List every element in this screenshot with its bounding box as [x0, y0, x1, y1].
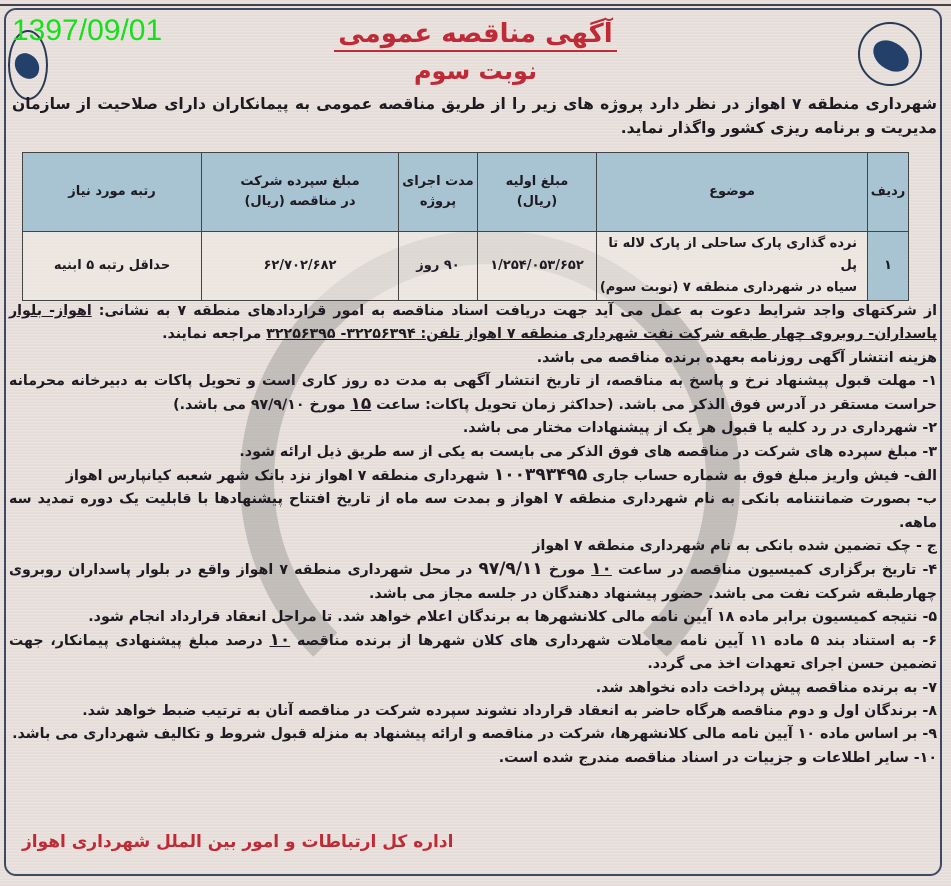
item-10: ۱۰- سایر اطلاعات و جزییات در اسناد مناقص… — [9, 747, 937, 770]
commission-hour: ۱۰ — [591, 559, 612, 579]
cell-grade: حداقل رتبه ۵ ابنیه — [23, 232, 202, 301]
ad-subtitle: نوبت سوم — [0, 56, 951, 86]
commission-date: ۹۷/۹/۱۱ — [478, 559, 542, 579]
issuer-signature: اداره کل ارتباطات و امور بین الملل شهردا… — [22, 832, 453, 852]
header-line: پروژه — [400, 192, 476, 212]
text: شهرداری منطقه ۷ اهواز نزد بانک شهر شعبه … — [66, 468, 494, 484]
text: مورخ — [543, 562, 591, 578]
cell-deposit: ۶۲/۷۰۲/۶۸۲ — [202, 232, 399, 301]
item-6: ۶- به استناد بند ۵ ماده ۱۱ آیین نامه معا… — [9, 629, 937, 677]
table-header-row: ردیف موضوع مبلغ اولیه (ریال) مدت اجرای پ… — [23, 153, 909, 232]
item-3-alef: الف- فیش واریز مبلغ فوق به شماره حساب جا… — [9, 464, 937, 488]
header-line: (ریال) — [479, 192, 595, 212]
text: الف- فیش واریز مبلغ فوق به شماره حساب جا… — [587, 468, 937, 484]
header-line: مبلغ سپرده شرکت — [203, 172, 397, 192]
cell-duration: ۹۰ روز — [399, 232, 478, 301]
tender-table: ردیف موضوع مبلغ اولیه (ریال) مدت اجرای پ… — [22, 152, 909, 301]
item-3-be: ب- بصورت ضمانتنامه بانکی به نام شهرداری … — [9, 488, 937, 535]
item-5: ۵- نتیجه کمیسیون برابر ماده ۱۸ آیین نامه… — [9, 606, 937, 629]
ad-body: از شرکتهای واجد شرایط دعوت به عمل می آید… — [9, 300, 937, 770]
text: ۶- به استناد بند ۵ ماده ۱۱ آیین نامه معا… — [290, 633, 937, 649]
item-8: ۸- برندگان اول و دوم مناقصه هرگاه حاضر ب… — [9, 700, 937, 723]
item-3-jim: ج - چک تضمین شده بانکی به نام شهرداری من… — [9, 535, 937, 558]
guarantee-percent: ۱۰ — [269, 630, 290, 650]
item-3: ۳- مبلغ سپرده های شرکت در مناقصه های فوق… — [9, 441, 937, 464]
cell-row-number: ۱ — [868, 232, 909, 301]
subject-line: نرده گذاری پارک ساحلی از پارک لاله تا پل — [598, 233, 857, 277]
col-header-row: ردیف — [868, 153, 909, 232]
header-line: مبلغ اولیه — [479, 172, 595, 192]
text: از شرکتهای واجد شرایط دعوت به عمل می آید… — [92, 303, 937, 319]
account-number: ۱۰۰۳۹۳۴۹۵ — [494, 465, 587, 485]
item-9: ۹- بر اساس ماده ۱۰ آیین نامه مالی کلانشه… — [9, 723, 937, 746]
cell-initial-amount: ۱/۲۵۴/۰۵۳/۶۵۲ — [478, 232, 597, 301]
col-header-initial-amount: مبلغ اولیه (ریال) — [478, 153, 597, 232]
deadline-hour: ۱۵ — [350, 394, 371, 414]
text: ۱- مهلت قبول پیشنهاد نرخ و پاسخ به مناقص… — [9, 373, 937, 413]
col-header-subject: موضوع — [597, 153, 868, 232]
cost-note: هزینه انتشار آگهی روزنامه بعهده برنده من… — [9, 347, 937, 370]
subject-line: سیاه در شهرداری منطقه ۷ (نوبت سوم) — [598, 277, 857, 299]
item-2: ۲- شهرداری در رد کلیه یا قبول هر یک از پ… — [9, 417, 937, 440]
header-line: مدت اجرای — [400, 172, 476, 192]
col-header-deposit: مبلغ سپرده شرکت در مناقصه (ریال) — [202, 153, 399, 232]
top-border — [0, 0, 951, 6]
item-7: ۷- به برنده مناقصه پیش پرداخت داده نخواه… — [9, 677, 937, 700]
text: ۴- تاریخ برگزاری کمیسیون مناقصه در ساعت — [612, 562, 937, 578]
ad-title: آگهی مناقصه عمومی — [334, 18, 616, 52]
col-header-grade: رتبه مورد نیاز — [23, 153, 202, 232]
cell-subject: نرده گذاری پارک ساحلی از پارک لاله تا پل… — [597, 232, 868, 301]
col-header-duration: مدت اجرای پروژه — [399, 153, 478, 232]
table-row: ۱ نرده گذاری پارک ساحلی از پارک لاله تا … — [23, 232, 909, 301]
intro-paragraph: شهرداری منطقه ۷ اهواز در نظر دارد پروژه … — [12, 92, 937, 140]
item-1: ۱- مهلت قبول پیشنهاد نرخ و پاسخ به مناقص… — [9, 370, 937, 418]
item-4: ۴- تاریخ برگزاری کمیسیون مناقصه در ساعت … — [9, 558, 937, 606]
header-line: در مناقصه (ریال) — [203, 192, 397, 212]
ad-header: آگهی مناقصه عمومی نوبت سوم — [0, 18, 951, 86]
text: مراجعه نمایند. — [162, 326, 266, 342]
text: مورخ ۹۷/۹/۱۰ می باشد.) — [173, 397, 350, 413]
invite-paragraph: از شرکتهای واجد شرایط دعوت به عمل می آید… — [9, 300, 937, 347]
